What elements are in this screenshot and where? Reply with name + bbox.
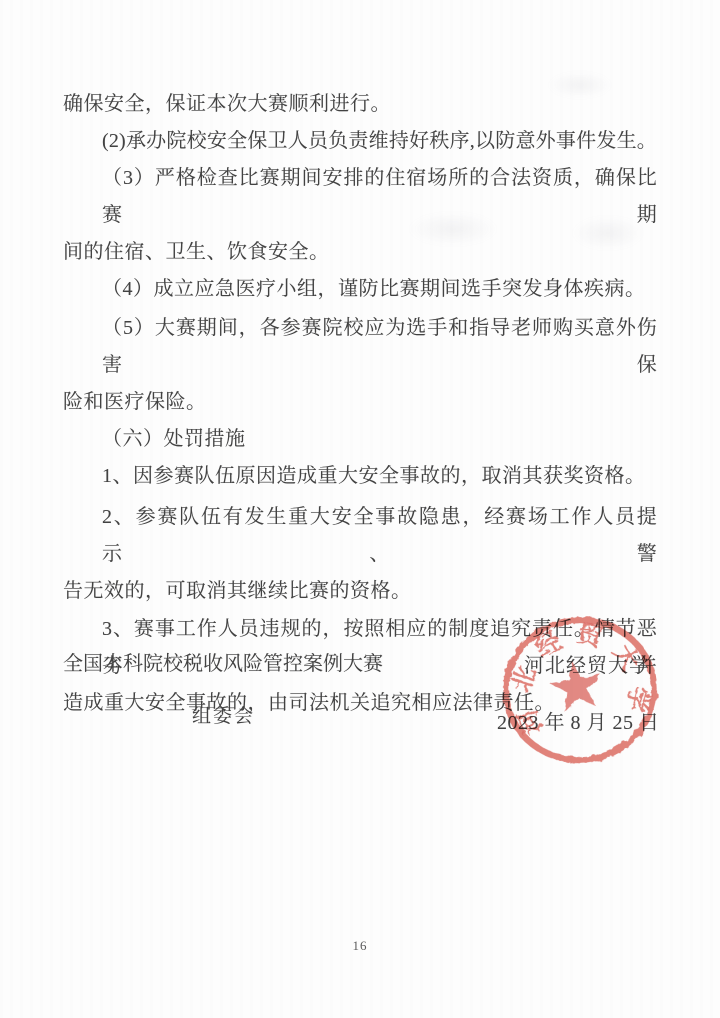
seal-star	[546, 656, 606, 714]
body-line: （3）严格检查比赛期间安排的住宿场所的合法资质，确保比赛期	[63, 160, 657, 234]
body-line: （5）大赛期间，各参赛院校应为选手和指导老师购买意外伤害保	[63, 310, 657, 384]
body-line: (2)承办院校安全保卫人员负责维持好秩序,以防意外事件发生。	[63, 123, 657, 160]
body-line: 确保安全，保证本次大赛顺利进行。	[63, 86, 657, 123]
page-number: 16	[0, 938, 720, 954]
signature-organizer-name: 全国本科院校税收风险管控案例大赛	[63, 647, 383, 676]
body-line: 1、因参赛队伍原因造成重大安全事故的，取消其获奖资格。	[63, 458, 657, 495]
document-page: 确保安全，保证本次大赛顺利进行。 (2)承办院校安全保卫人员负责维持好秩序,以防…	[0, 0, 720, 1018]
body-line: （六）处罚措施	[63, 421, 657, 458]
body-line: 间的住宿、卫生、饮食安全。	[63, 234, 657, 271]
body-line: 2、参赛队伍有发生重大安全事故隐患，经赛场工作人员提示、警	[63, 499, 657, 573]
body-line: 告无效的，可取消其继续比赛的资格。	[63, 573, 657, 610]
university-seal-stamp: 河北经贸大学	[499, 616, 661, 772]
body-line: 险和医疗保险。	[63, 384, 657, 421]
signature-organizer-committee: 组委会	[192, 701, 255, 728]
body-line: （4）成立应急医疗小组，谨防比赛期间选手突发身体疾病。	[63, 271, 657, 308]
